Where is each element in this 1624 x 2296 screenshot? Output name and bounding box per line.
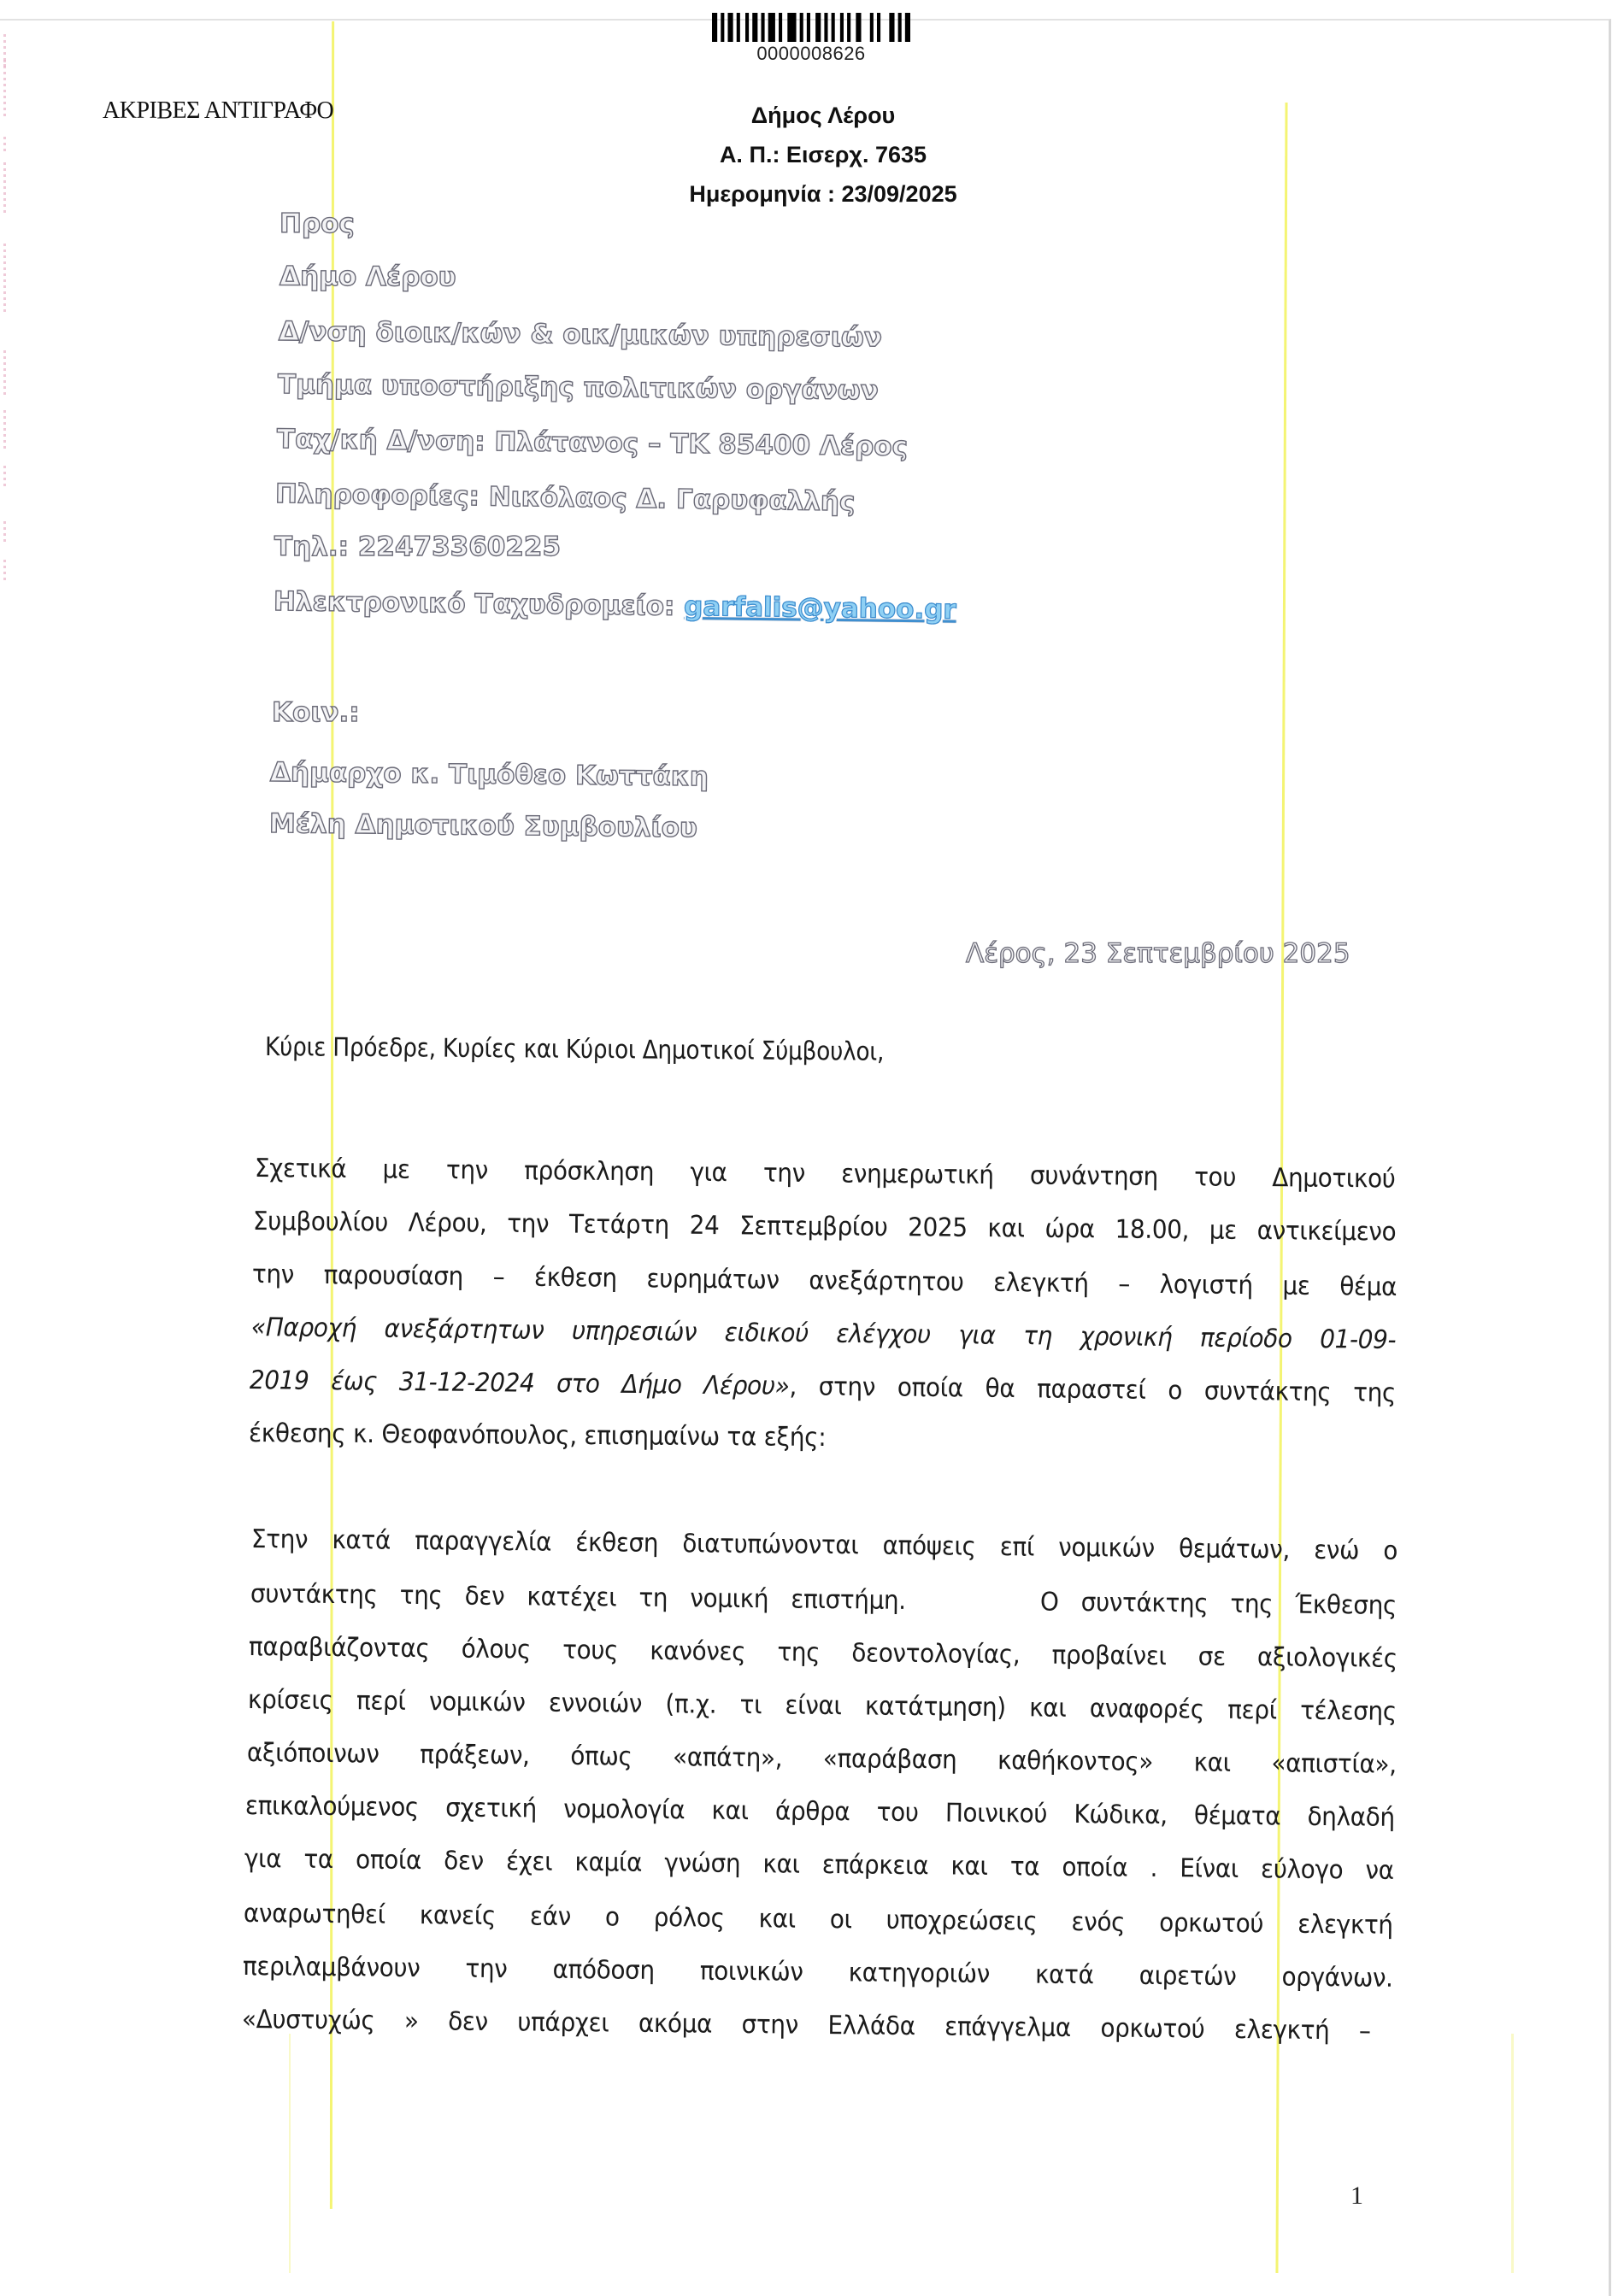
page-number: 1 — [1350, 2181, 1363, 2211]
highlighter-line-faint — [289, 2034, 291, 2273]
email-link[interactable]: garfalis@yahoo.gr — [684, 591, 956, 625]
scan-artifact-left-edge — [3, 137, 6, 154]
email-label: Ηλεκτρονικό Ταχυδρομείο: — [274, 586, 685, 622]
scan-artifact-left-edge — [3, 244, 6, 273]
recipient-line: Δ/νση διοικ/κών & οικ/μικών υπηρεσιών — [279, 316, 882, 353]
recipient-line: Τμήμα υποστήριξης πολιτικών οργάνων — [278, 369, 879, 406]
protocol-number: Α. Π.: Εισερχ. 7635 — [567, 135, 1080, 174]
protocol-date: Ημερομηνία : 23/09/2025 — [567, 174, 1080, 214]
scan-artifact-left-edge — [3, 162, 6, 214]
protocol-stamp: Δήμος Λέρου Α. Π.: Εισερχ. 7635 Ημερομην… — [567, 96, 1080, 214]
scan-artifact-left-edge — [3, 466, 6, 487]
cc-label: Κοιν.: — [272, 697, 360, 728]
report-title-italic: 2019 έως 31-12-2024 στο Δήμο Λέρου» — [250, 1365, 790, 1401]
municipality-name: Δήμος Λέρου — [567, 96, 1080, 135]
paragraph-line: έκθεσης κ. Θεοφανόπουλος, επισημαίνω τα … — [249, 1418, 827, 1453]
recipient-phone: Τηλ.: 22473360225 — [274, 531, 561, 562]
scan-artifact-left-edge — [3, 410, 6, 449]
scan-artifact-left-edge — [3, 350, 6, 397]
scan-artifact-left-edge — [3, 60, 6, 120]
certified-copy-stamp: ΑΚΡΙΒΕΣ ΑΝΤΙΓΡΑΦΟ — [103, 97, 333, 125]
scan-artifact-left-edge — [3, 273, 6, 312]
cc-line: Μέλη Δημοτικού Συμβουλίου — [269, 808, 697, 843]
scanned-page-border — [0, 19, 1611, 2296]
scan-artifact-left-edge — [3, 560, 6, 581]
salutation: Κύριε Πρόεδρε, Κυρίες και Κύριοι Δημοτικ… — [265, 1032, 884, 1067]
scan-artifact-left-edge — [3, 521, 6, 543]
barcode-number: 0000008626 — [712, 43, 910, 65]
recipient-to-label: Προς — [279, 208, 355, 239]
place-date: Λέρος, 23 Σεπτεμβρίου 2025 — [966, 938, 1350, 969]
highlighter-line-faint — [1511, 2034, 1514, 2273]
barcode — [712, 13, 1119, 42]
recipient-line: Δήμο Λέρου — [279, 261, 456, 292]
cc-line: Δήμαρχο κ. Τιμόθεο Κωττάκη — [270, 757, 709, 792]
